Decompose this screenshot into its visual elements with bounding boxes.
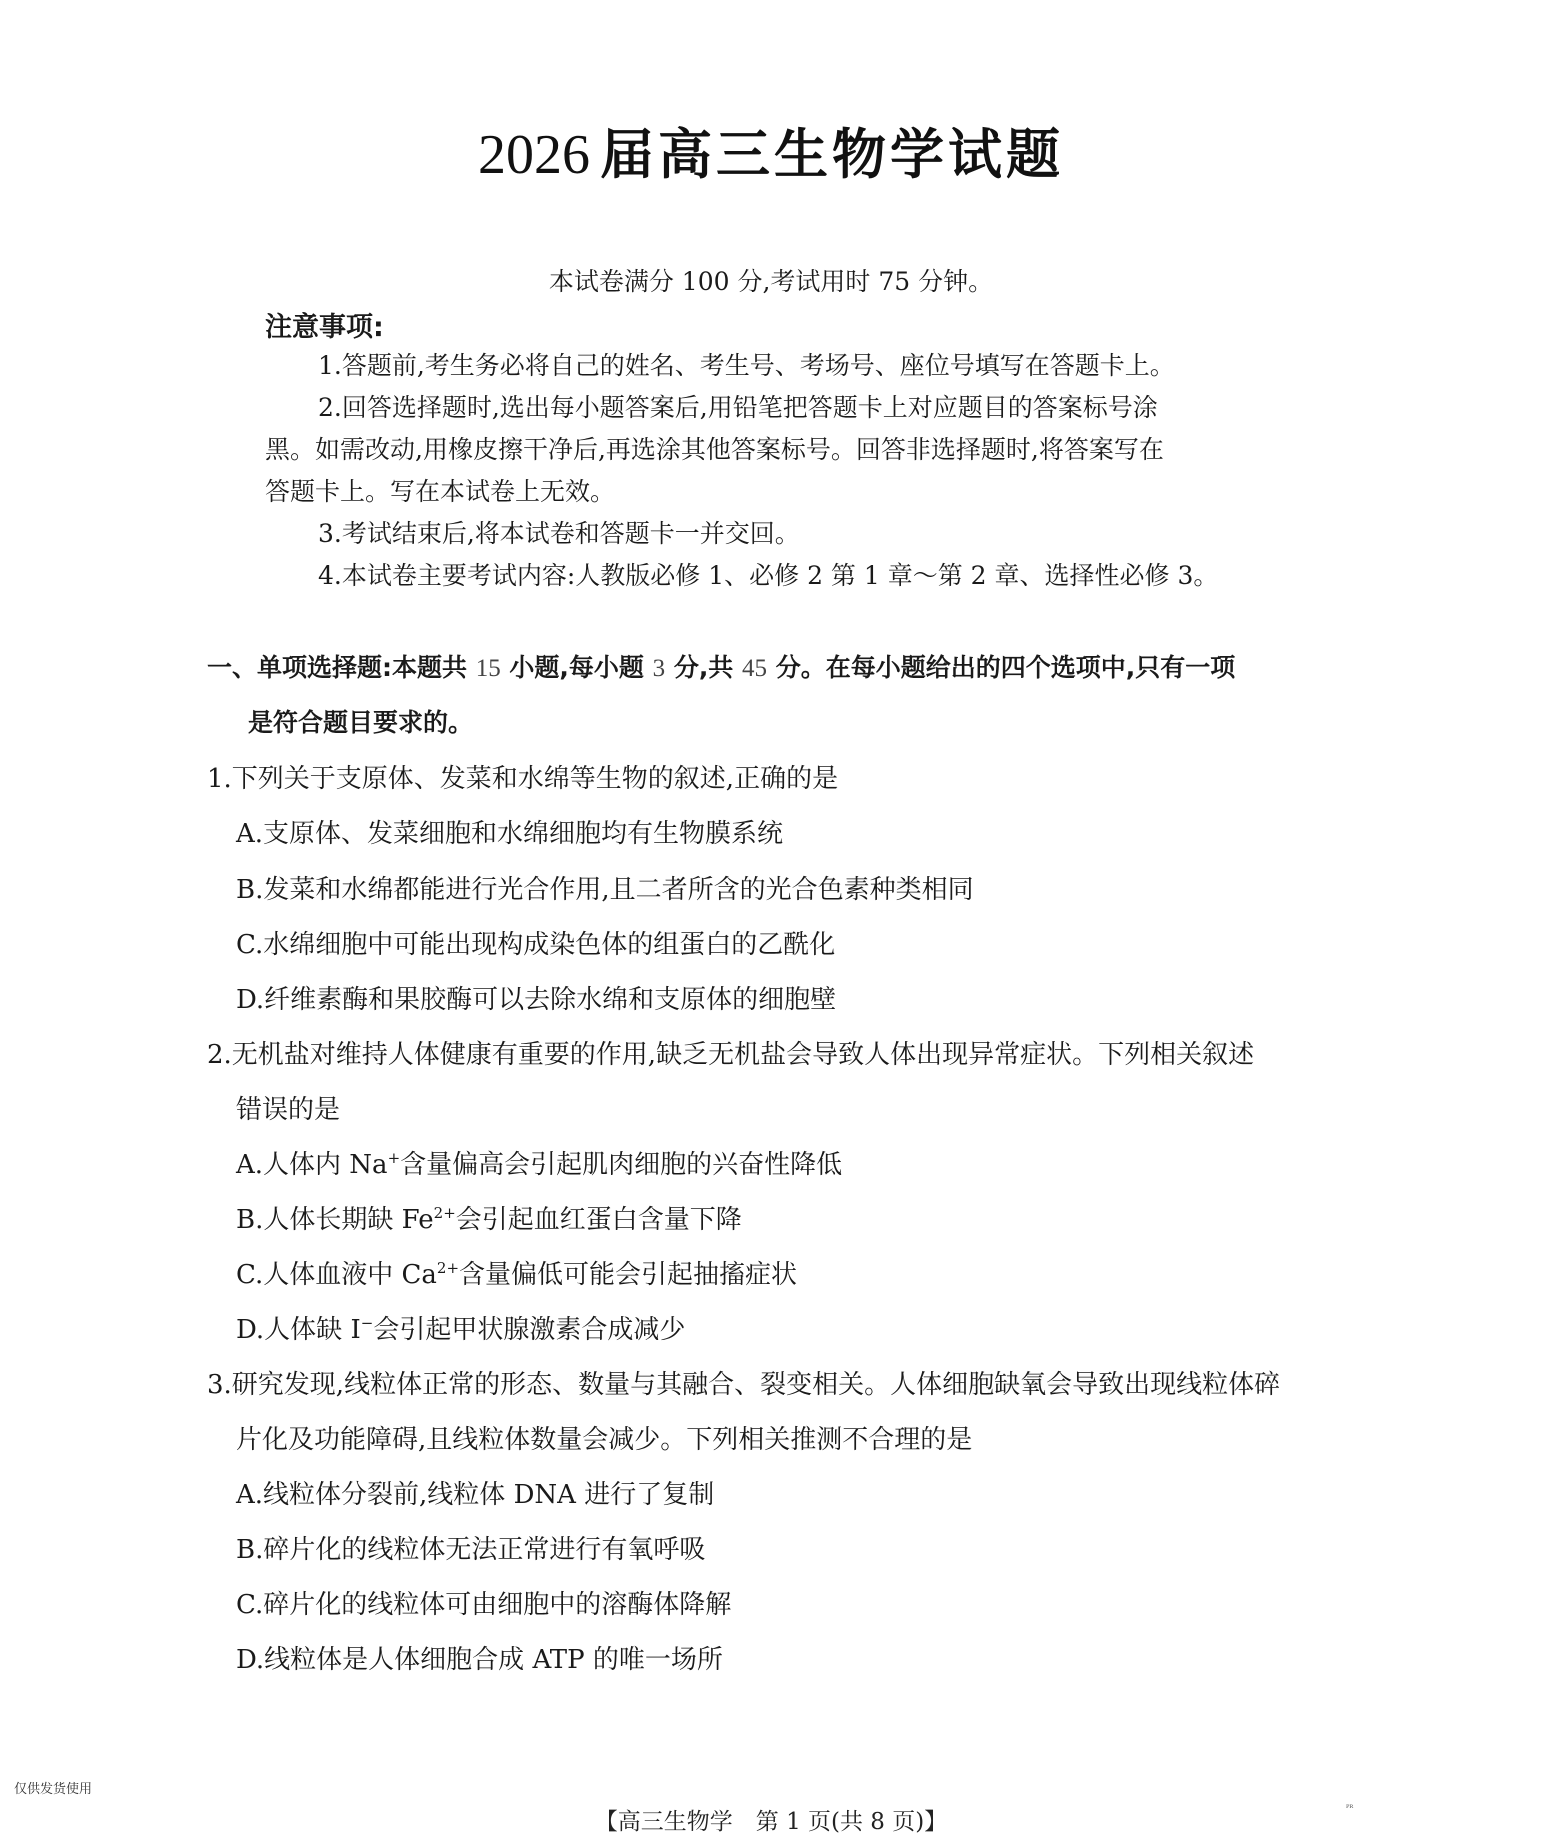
question-1-option-a: A.支原体、发菜细胞和水绵细胞均有生物膜系统 [236, 813, 783, 850]
question-1-option-d: D.纤维素酶和果胶酶可以去除水绵和支原体的细胞壁 [236, 979, 836, 1016]
question-2-stem-cont: 错误的是 [236, 1089, 340, 1126]
notice-item-4: 4.本试卷主要考试内容:人教版必修 1、必修 2 第 1 章～第 2 章、选择性… [318, 555, 1218, 597]
corner-mark: PR [1346, 1804, 1353, 1810]
question-2-stem: 2.无机盐对维持人体健康有重要的作用,缺乏无机盐会导致人体出现异常症状。下列相关… [207, 1034, 1254, 1071]
distribution-note: 仅供发货使用 [14, 1778, 92, 1797]
notice-item-2-cont2: 答题卡上。写在本试卷上无效。 [265, 471, 615, 513]
question-3-option-c: C.碎片化的线粒体可由细胞中的溶酶体降解 [236, 1584, 731, 1621]
notice-heading: 注意事项: [265, 305, 384, 344]
question-3-stem-cont: 片化及功能障碍,且线粒体数量会减少。下列相关推测不合理的是 [236, 1419, 972, 1456]
question-2-option-b: B.人体长期缺 Fe2+会引起血红蛋白含量下降 [236, 1199, 742, 1236]
question-3-option-d: D.线粒体是人体细胞合成 ATP 的唯一场所 [236, 1639, 723, 1676]
section-heading-cont: 是符合题目要求的。 [248, 703, 473, 739]
question-2-option-a: A.人体内 Na+含量偏高会引起肌肉细胞的兴奋性降低 [236, 1144, 842, 1181]
title-text: 届高三生物学试题 [600, 123, 1064, 186]
exam-info: 本试卷满分 100 分,考试用时 75 分钟。 [0, 262, 1542, 298]
page-title: 2026届高三生物学试题 [0, 112, 1542, 189]
notice-item-2-cont: 黑。如需改动,用橡皮擦干净后,再选涂其他答案标号。回答非选择题时,将答案写在 [265, 429, 1164, 471]
question-3-option-a: A.线粒体分裂前,线粒体 DNA 进行了复制 [236, 1474, 714, 1511]
page-number: 【高三生物学 第 1 页(共 8 页)】 [0, 1803, 1542, 1836]
question-3-option-b: B.碎片化的线粒体无法正常进行有氧呼吸 [236, 1529, 705, 1566]
notice-item-3: 3.考试结束后,将本试卷和答题卡一并交回。 [318, 513, 800, 555]
question-1-stem: 1.下列关于支原体、发菜和水绵等生物的叙述,正确的是 [207, 758, 838, 795]
question-3-stem: 3.研究发现,线粒体正常的形态、数量与其融合、裂变相关。人体细胞缺氧会导致出现线… [207, 1364, 1280, 1401]
section-heading: 一、单项选择题:本题共 15 小题,每小题 3 分,共 45 分。在每小题给出的… [207, 648, 1235, 684]
title-year: 2026 [478, 124, 590, 186]
question-2-option-c: C.人体血液中 Ca2+含量偏低可能会引起抽搐症状 [236, 1254, 797, 1291]
question-1-option-c: C.水绵细胞中可能出现构成染色体的组蛋白的乙酰化 [236, 924, 835, 961]
notice-item-2: 2.回答选择题时,选出每小题答案后,用铅笔把答题卡上对应题目的答案标号涂 [318, 387, 1158, 429]
notice-item-1: 1.答题前,考生务必将自己的姓名、考生号、考场号、座位号填写在答题卡上。 [318, 345, 1175, 387]
question-2-option-d: D.人体缺 I−会引起甲状腺激素合成减少 [236, 1309, 685, 1346]
question-1-option-b: B.发菜和水绵都能进行光合作用,且二者所含的光合色素种类相同 [236, 869, 974, 906]
